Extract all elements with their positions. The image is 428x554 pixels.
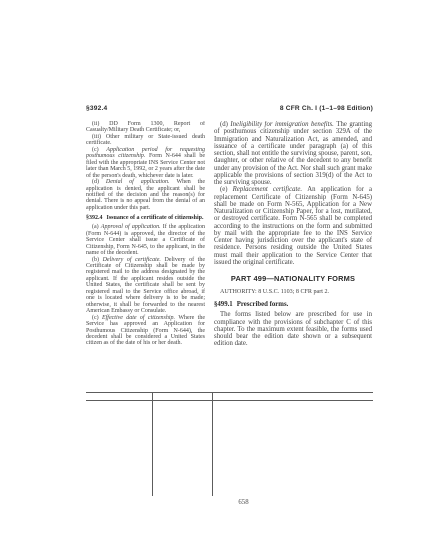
paragraph-label: (c) [92, 315, 102, 321]
paragraph-term: Approval of application. [101, 224, 163, 230]
authority-note: AUTHORITY: 8 U.S.C. 1103; 8 CFR part 2. [214, 289, 372, 296]
page-number: 658 [86, 499, 373, 506]
paragraph-text: The granting of posthumous citizenship u… [214, 121, 372, 186]
paragraph-a-approval: (a) Approval of application. If the appl… [86, 224, 205, 256]
paragraph-iii: (iii) Other military or State-issued dea… [86, 134, 205, 147]
section-number: §499.1 [214, 301, 233, 308]
part-heading-499: PART 499—NATIONALITY FORMS [218, 275, 368, 282]
paragraph-prescribed-forms-intro: The forms listed below are prescribed fo… [214, 311, 372, 347]
running-head: §392.4 8 CFR Ch. I (1–1–98 Edition) [86, 105, 373, 112]
paragraph-label: (d) [220, 121, 230, 128]
table-column-divider-1 [152, 393, 153, 496]
paragraph-term: Effective date of citizenship. [102, 315, 178, 321]
paragraph-d-ineligibility: (d) Ineligibility for immigration benefi… [214, 121, 372, 186]
paragraph-text: Delivery of the Certificate of Citizensh… [86, 257, 205, 315]
running-head-section: §392.4 [86, 105, 107, 112]
paragraph-ii: (ii) DD Form 1300, Report of Casualty/Mi… [86, 121, 205, 134]
forms-table-frame [86, 392, 373, 496]
paragraph-b-delivery: (b) Delivery of certificate. Delivery of… [86, 257, 205, 315]
paragraph-label: (a) [92, 224, 101, 230]
running-head-edition: 8 CFR Ch. I (1–1–98 Edition) [280, 105, 373, 112]
left-column: (ii) DD Form 1300, Report of Casualty/Mi… [86, 121, 205, 389]
section-number: §392.4 [86, 215, 103, 221]
paragraph-label: (iii) [92, 134, 106, 140]
cfr-document-page: §392.4 8 CFR Ch. I (1–1–98 Edition) (ii)… [0, 0, 428, 554]
table-header-rule [86, 400, 373, 401]
paragraph-text: An application for a replacement Certifi… [214, 186, 372, 266]
paragraph-c-effective-date: (c) Effective date of citizenship. Where… [86, 315, 205, 347]
section-heading-499-1: §499.1Prescribed forms. [214, 301, 372, 308]
section-heading-392-4: §392.4Issuance of a certificate of citiz… [86, 215, 205, 221]
paragraph-e-replacement: (e) Replacement certificate. An applicat… [214, 186, 372, 266]
paragraph-label: (c) [92, 147, 106, 153]
section-title: Issuance of a certificate of citizenship… [107, 215, 204, 221]
paragraph-term: Replacement certificate. [233, 186, 308, 193]
right-column: (d) Ineligibility for immigration benefi… [214, 121, 372, 389]
paragraph-c-application-period: (c) Application period for requesting po… [86, 147, 205, 179]
paragraph-term: Delivery of certificate. [103, 257, 165, 263]
paragraph-label: (b) [92, 257, 103, 263]
section-title: Prescribed forms. [237, 301, 289, 308]
paragraph-d-denial: (d) Denial of application. When the appl… [86, 179, 205, 211]
paragraph-label: (d) [92, 179, 106, 185]
paragraph-label: (e) [220, 186, 233, 193]
paragraph-term: Denial of application. [106, 179, 177, 185]
table-column-divider-2 [212, 393, 213, 496]
paragraph-text: The forms listed below are prescribed fo… [214, 311, 372, 347]
paragraph-term: Ineligibility for immigration benefits. [230, 121, 336, 128]
